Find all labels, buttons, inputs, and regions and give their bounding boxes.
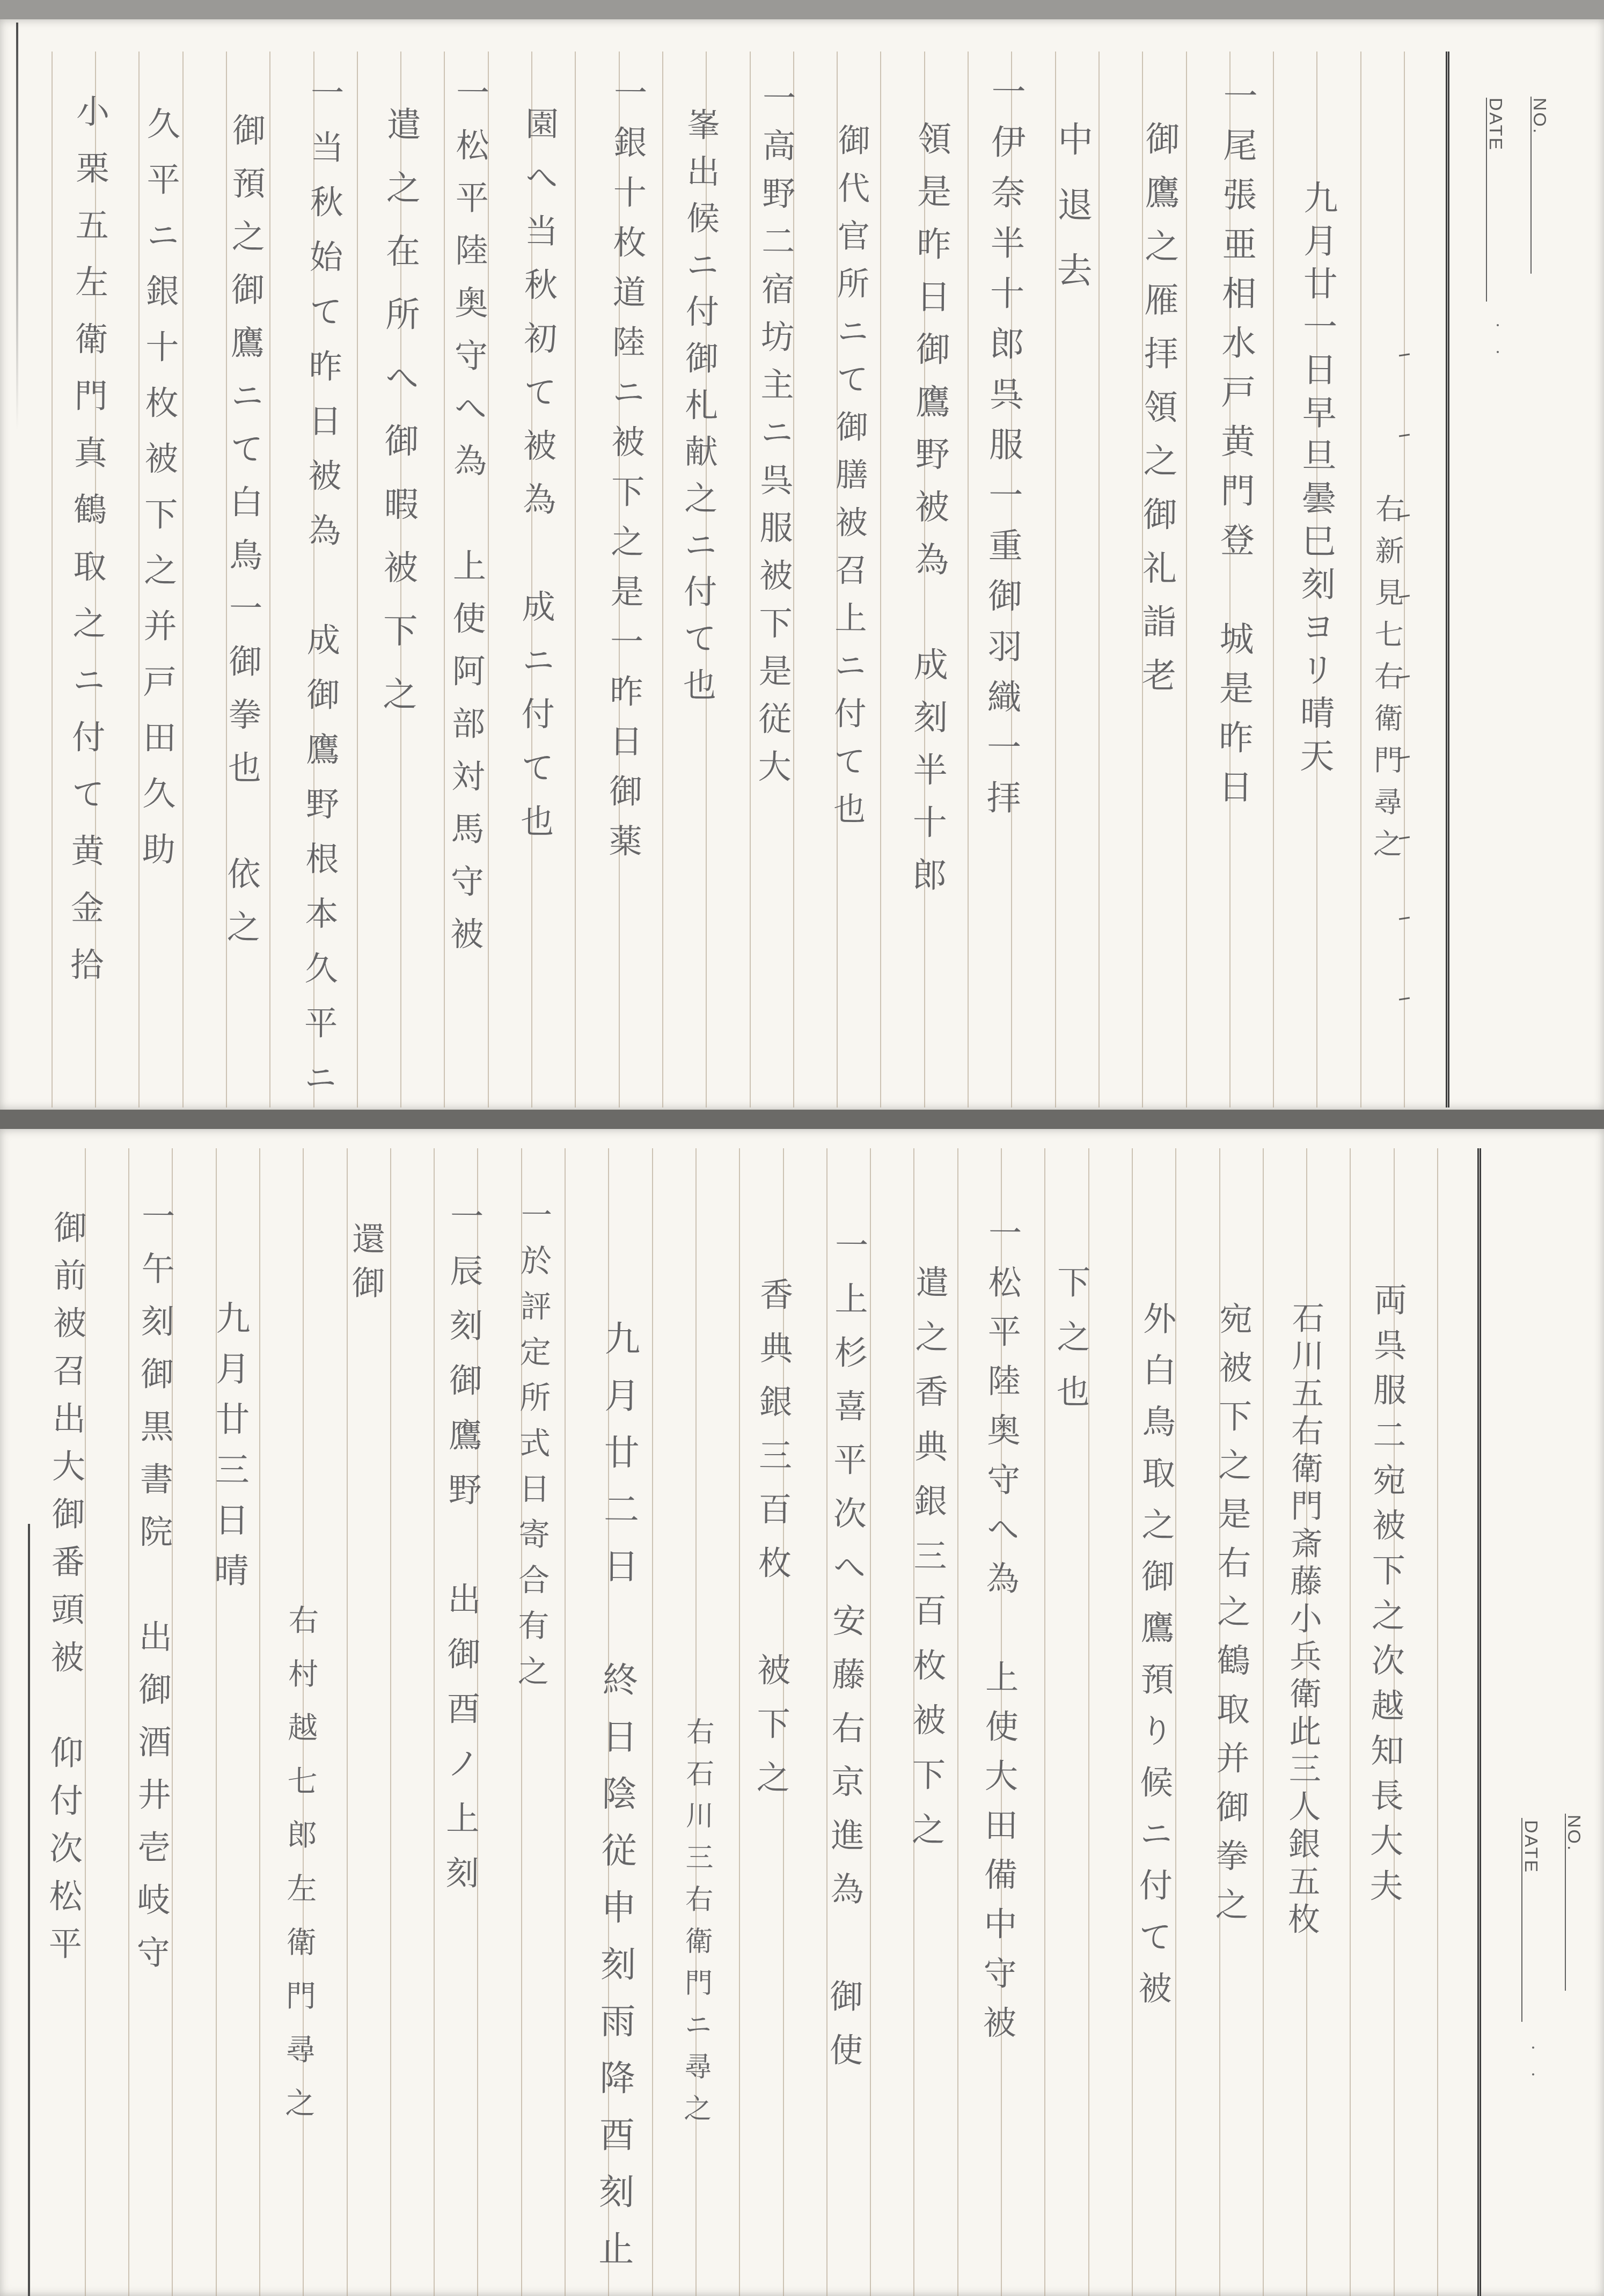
handwriting-column: 宛被下之是右之鶴取并御拳之: [1205, 1301, 1257, 1936]
ruled-line: [662, 52, 663, 1107]
handwriting-column: 右石川三右衛門ニ尋之: [675, 1717, 718, 2136]
handwriting-column: 両呉服二宛被下之次越知長大夫: [1360, 1282, 1412, 1914]
ruled-line: [390, 1148, 391, 2296]
page1-margin-line: [1446, 52, 1449, 1107]
handwriting-column: 一午刻御黒書院 出御酒井壱岐守: [127, 1199, 180, 1988]
handwriting-column: 還御: [342, 1221, 390, 1310]
page1-date-line: [1486, 98, 1487, 302]
ruled-line: [1044, 1148, 1045, 2296]
page1-no-line: [1530, 97, 1532, 274]
ruled-line: [1273, 52, 1274, 1107]
ruled-line: [434, 1148, 435, 2296]
ruled-line: [1350, 1148, 1351, 2296]
ruled-line: [739, 1148, 740, 2296]
ruled-line: [1360, 52, 1361, 1107]
ruled-line: [259, 1148, 260, 2296]
ruled-line: [968, 52, 969, 1107]
handwriting-column: 園へ当秋初て被為 成ニ付て也: [510, 106, 563, 858]
page2-no-line: [1565, 1814, 1566, 1991]
handwriting-column: 右村越七郎左衛門尋之: [276, 1604, 323, 2141]
handwriting-column: 九月廿二日 終日陰従申刻雨降酉刻止: [587, 1320, 645, 2287]
ruled-line: [652, 1148, 653, 2296]
page1-no-label: NO.: [1529, 98, 1550, 135]
page2-date-dot-1: ・: [1527, 2039, 1539, 2056]
handwriting-column: 一於評定所式日寄合有之: [508, 1199, 557, 1701]
handwriting-column: 中退去: [1045, 121, 1098, 318]
handwriting-column: 一高野二宿坊主ニ呉服被下是従大: [748, 80, 801, 797]
ruled-line: [1098, 52, 1100, 1107]
handwriting-column: 香典銀三百枚 被下之: [746, 1277, 798, 1814]
scan-page-gap: [0, 1110, 1604, 1129]
handwriting-column: 外白鳥取之御鷹預り候ニ付て被: [1129, 1301, 1181, 2023]
ruled-line: [1263, 1148, 1264, 2296]
handwriting-column: 遣之在所へ御暇被下之: [372, 106, 426, 740]
handwriting-column: 一上杉喜平次へ安藤右京進為 御使: [819, 1228, 873, 2087]
ruled-line: [357, 52, 358, 1107]
ruled-line: [880, 52, 881, 1107]
page2-date-line: [1521, 1818, 1522, 2022]
ruled-line: [52, 52, 53, 1107]
handwriting-column: 一銀十枚道陸ニ被下之是一昨日御薬: [599, 75, 652, 874]
handwriting-column: 久平ニ銀十枚被下之并戸田久助: [132, 106, 185, 888]
handwriting-column: 右新見七右衛門尋之: [1365, 494, 1409, 871]
ruled-line: [1186, 52, 1187, 1107]
handwriting-column: 一伊奈半十郎呉服一重御羽織一拝: [976, 74, 1030, 831]
page2-margin-line: [1477, 1148, 1481, 2296]
handwriting-column: 御鷹之雁拝領之御礼詣老: [1131, 121, 1184, 711]
ruled-line: [957, 1148, 958, 2296]
handwriting-column: 一松平陸奥守へ為 上使大田備中守被: [973, 1215, 1027, 2055]
page1-date-label: DATE: [1485, 98, 1506, 151]
handwriting-column: 峯出候ニ付御札献之ニ付て也: [673, 107, 725, 715]
page2-no-label: NO.: [1563, 1815, 1584, 1852]
scan-background-top: [0, 0, 1604, 19]
page2-date-dot-2: ・: [1527, 2066, 1539, 2082]
page1-left-edge: [16, 23, 18, 430]
page1-date-dot-1: ・: [1492, 317, 1504, 333]
ruled-line: [565, 1148, 566, 2296]
handwriting-column: 小栗五左衛門真鶴取之ニ付て黄金拾: [60, 94, 114, 1004]
handwriting-column: 御代官所ニて御膳被召上ニ付て也: [824, 123, 875, 840]
page2-date-label: DATE: [1520, 1820, 1541, 1874]
handwriting-column: 御預之御鷹ニて白鳥一御拳也 依之: [217, 113, 270, 963]
ruled-line: [347, 1148, 348, 2296]
handwriting-column: 一当秋始て昨日被為 成御鷹野根本久平ニ: [294, 75, 349, 1116]
handwriting-column: 遣之香典銀三百枚被下之: [902, 1265, 954, 1867]
page2-left-edge: [28, 1524, 30, 2296]
handwriting-column: 九月廿三日晴: [203, 1300, 255, 1603]
ruled-line: [575, 52, 576, 1107]
handwriting-column: 一松平陸奥守へ為 上使阿部対馬守被: [440, 75, 494, 970]
handwriting-column: 一辰刻御鷹野 出御酉ノ上刻: [436, 1199, 488, 1911]
handwriting-column: 領是昨日御鷹野被為 成刻半十郎: [902, 121, 956, 910]
ruled-line: [1437, 1148, 1438, 2296]
handwriting-column: 下之也: [1046, 1265, 1095, 1429]
handwriting-column: 御前被召出大御番頭被 仰付次松平: [39, 1210, 92, 1975]
handwriting-column: 石川五右衛門斎藤小兵衛此三人銀五枚: [1278, 1301, 1329, 1940]
handwriting-column: 一尾張亜相水戸黄門登 城是昨日: [1207, 78, 1262, 819]
page1-date-dot-2: ・: [1492, 343, 1504, 360]
handwriting-column: 九月廿一日早旦曇巳刻ヨリ晴天: [1289, 180, 1343, 781]
